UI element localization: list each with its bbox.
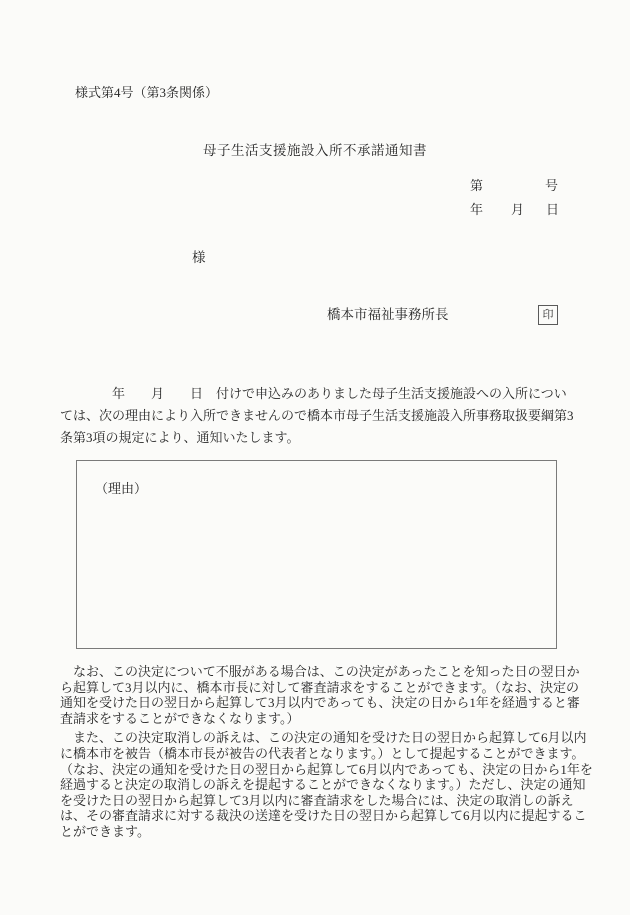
appeal-paragraph-review-request: なお、この決定について不服がある場合は、この決定があったことを知った日の翌日か … (60, 664, 574, 726)
page-title: 母子生活支援施設入所不承諾通知書 (0, 139, 630, 159)
date-day-label: 日 (546, 202, 559, 217)
paragraph-line: なお、この決定について不服がある場合は、この決定があったことを知った日の翌日か (60, 664, 574, 680)
issuer-name: 橋本市福祉事務所長 (327, 307, 449, 322)
paragraph-line: 査請求をすることができなくなります。） (60, 711, 574, 727)
appeal-notes: なお、この決定について不服がある場合は、この決定があったことを知った日の翌日か … (60, 664, 574, 840)
paragraph-line: ては、次の理由により入所できませんので橋本市母子生活支援施設入所事務取扱要綱第3 (60, 405, 572, 427)
paragraph-line: ら起算して3月以内に、橋本市長に対して審査請求をすることができます。（なお、決定… (60, 680, 574, 696)
document-page: 様式第4号（第3条関係） 母子生活支援施設入所不承諾通知書 第 号 年 月 日 … (0, 0, 630, 915)
doc-number-suffix: 号 (545, 178, 558, 193)
appeal-paragraph-revocation-suit: また、この決定取消しの訴えは、この決定の通知を受けた日の翌日から起算して6月以内… (60, 730, 574, 839)
reason-label: （理由） (95, 481, 147, 496)
paragraph-line: 年 月 日 付けで申込みのありました母子生活支援施設への入所につい (60, 383, 572, 405)
paragraph-line: を受けた日の翌日から起算して3月以内に審査請求をした場合には、決定の取消しの訴え (60, 793, 574, 809)
date-year-label: 年 (470, 202, 483, 217)
paragraph-line: （なお、決定の通知を受けた日の翌日から起算して6月以内であっても、決定の日から1… (60, 762, 574, 778)
paragraph-line: また、この決定取消しの訴えは、この決定の通知を受けた日の翌日から起算して6月以内 (60, 730, 574, 746)
paragraph-line: に橋本市を被告（橋本市長が被告の代表者となります。）として提起することができます… (60, 746, 574, 762)
intro-paragraph: 年 月 日 付けで申込みのありました母子生活支援施設への入所につい ては、次の理… (60, 383, 572, 449)
paragraph-line: 条第3項の規定により、通知いたします。 (60, 427, 572, 449)
paragraph-line: とができます。 (60, 824, 574, 840)
seal-label: 印 (543, 310, 554, 321)
date-month-label: 月 (511, 202, 524, 217)
reason-box: （理由） (76, 460, 557, 649)
official-seal-mark: 印 (538, 305, 558, 325)
paragraph-line: 経過すると決定の取消しの訴えを提起することができなくなります。）ただし、決定の通… (60, 777, 574, 793)
doc-number-prefix: 第 (470, 178, 483, 193)
paragraph-line: 通知を受けた日の翌日から起算して3月以内であっても、決定の日から1年を経過すると… (60, 695, 574, 711)
addressee-honorific: 様 (192, 250, 206, 265)
form-number: 様式第4号（第3条関係） (75, 85, 218, 100)
paragraph-line: は、その審査請求に対する裁決の送達を受けた日の翌日から起算して6月以内に提起する… (60, 808, 574, 824)
